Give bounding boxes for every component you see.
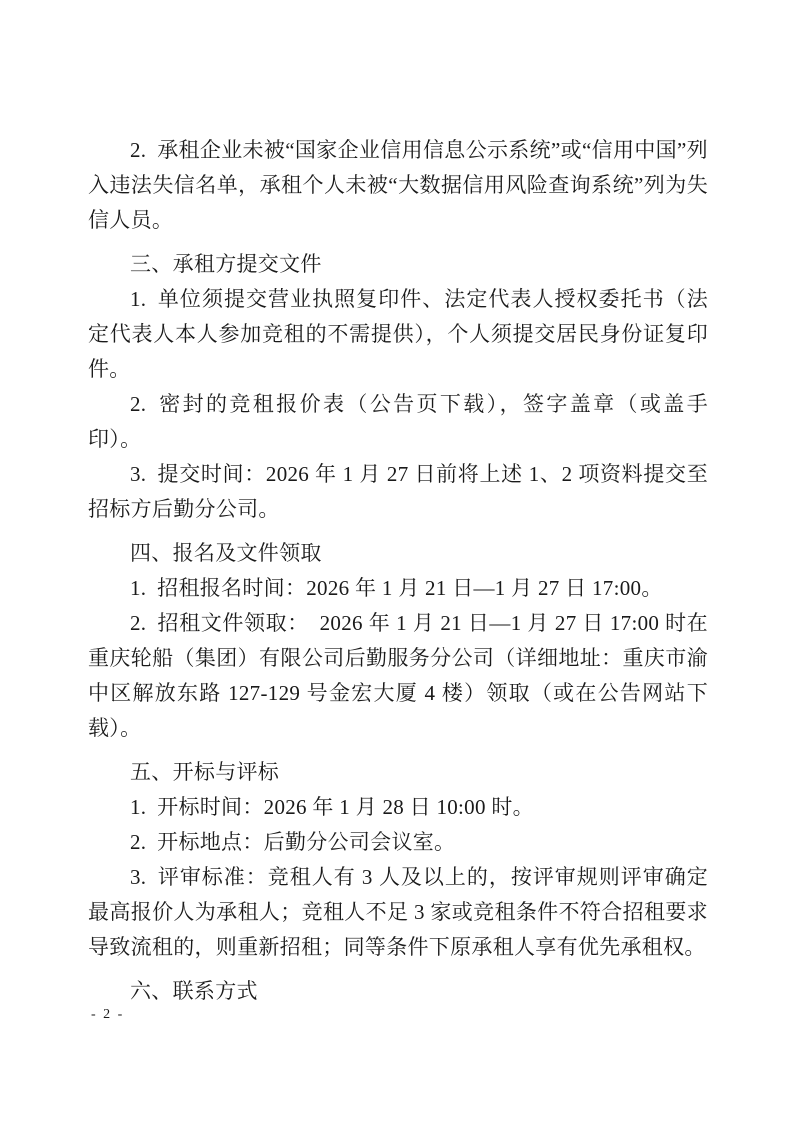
- para-unit-documents-required: 1. 单位须提交营业执照复印件、法定代表人授权委托书（法定代表人本人参加竞租的不…: [88, 282, 708, 387]
- para-bid-opening-place: 2. 开标地点：后勤分公司会议室。: [88, 825, 708, 860]
- para-credit-blacklist-condition: 2. 承租企业未被“国家企业信用信息公示系统”或“信用中国”列入违法失信名单，承…: [88, 133, 708, 238]
- heading-section-three-lessee-documents: 三、承租方提交文件: [88, 247, 708, 282]
- para-evaluation-criteria: 3. 评审标准：竞租人有 3 人及以上的，按评审规则评审确定最高报价人为承租人；…: [88, 860, 708, 965]
- document-body: 2. 承租企业未被“国家企业信用信息公示系统”或“信用中国”列入违法失信名单，承…: [88, 133, 708, 1009]
- para-submission-deadline: 3. 提交时间：2026 年 1 月 27 日前将上述 1、2 项资料提交至招标…: [88, 457, 708, 527]
- para-bid-opening-time: 1. 开标时间：2026 年 1 月 28 日 10:00 时。: [88, 790, 708, 825]
- para-sealed-quotation-form: 2. 密封的竞租报价表（公告页下载），签字盖章（或盖手印）。: [88, 387, 708, 457]
- para-registration-time: 1. 招租报名时间：2026 年 1 月 21 日—1 月 27 日 17:00…: [88, 571, 708, 606]
- heading-section-five-bid-opening: 五、开标与评标: [88, 755, 708, 790]
- page-number: - 2 -: [91, 1006, 124, 1024]
- document-page: 2. 承租企业未被“国家企业信用信息公示系统”或“信用中国”列入违法失信名单，承…: [0, 0, 793, 1122]
- heading-section-six-contact: 六、联系方式: [88, 974, 708, 1009]
- para-document-collection: 2. 招租文件领取： 2026 年 1 月 21 日—1 月 27 日 17:0…: [88, 606, 708, 746]
- heading-section-four-registration: 四、报名及文件领取: [88, 536, 708, 571]
